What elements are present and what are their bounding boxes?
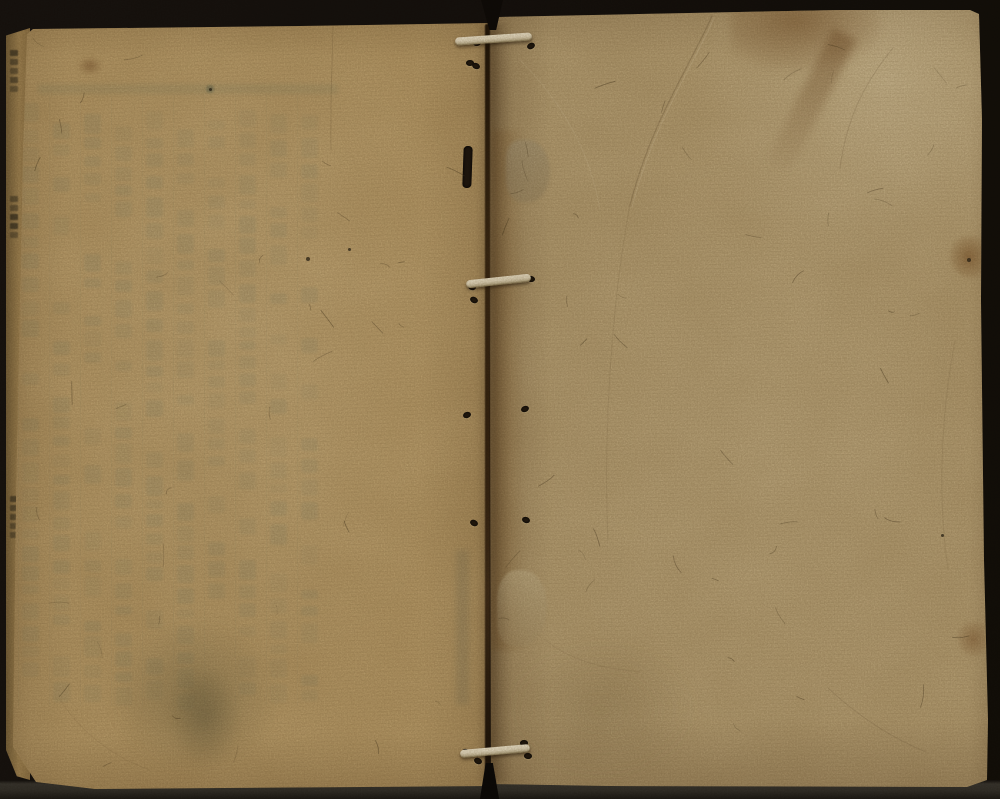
ghost-character-blot xyxy=(301,164,318,179)
ghost-character-blot xyxy=(239,356,256,369)
ghost-character-blot xyxy=(22,546,39,562)
ghost-character-blot xyxy=(270,462,287,479)
ghost-character-blot xyxy=(22,506,39,522)
ghost-character-blot xyxy=(239,237,256,254)
ghost-character-blot xyxy=(301,606,318,616)
ghost-character-blot xyxy=(115,300,132,318)
ghost-column-rule xyxy=(80,96,81,706)
paper-fiber xyxy=(770,546,777,554)
ghost-character-blot xyxy=(22,662,39,677)
stitch-hole xyxy=(520,405,530,414)
vignette xyxy=(0,0,1000,799)
ghost-character-blot xyxy=(239,216,256,234)
ghost-character-blot xyxy=(177,321,194,334)
paper-fiber xyxy=(662,101,666,113)
paper-fiber xyxy=(934,68,947,84)
ghost-character-blot xyxy=(22,277,39,292)
paper-fiber xyxy=(48,602,69,603)
ghost-character-blot xyxy=(177,460,194,481)
ghost-character-blot xyxy=(115,468,132,487)
ghost-character-blot xyxy=(177,303,194,314)
paper-fiber xyxy=(116,405,126,409)
ghost-character-blot xyxy=(84,685,101,702)
ghost-character-blot xyxy=(115,146,132,161)
gutter-shadow xyxy=(476,24,510,782)
ghost-character-blot xyxy=(270,573,287,592)
ghost-character-blot xyxy=(115,494,132,508)
ghost-character-blot xyxy=(208,214,225,229)
ghost-character-blot xyxy=(270,437,287,457)
ghost-character-blot xyxy=(177,173,194,184)
stitch-hole xyxy=(471,62,481,71)
edge-sliver-text-mark xyxy=(10,514,18,520)
ghost-character-blot xyxy=(239,603,256,617)
ghost-character-blot xyxy=(53,144,70,156)
ghost-column-rule xyxy=(142,96,143,706)
stain-spot-top-left xyxy=(77,57,103,75)
paper-fiber xyxy=(103,762,112,766)
ghost-character-blot xyxy=(208,496,225,513)
paper-fiber xyxy=(573,214,579,219)
paper-fiber xyxy=(35,157,41,171)
ghost-character-blot xyxy=(115,559,132,575)
paper-fleck xyxy=(306,257,310,261)
ghost-column-rule xyxy=(235,96,236,706)
ghost-character-blot xyxy=(22,103,39,122)
ghost-character-blot xyxy=(84,465,101,484)
ghost-character-blot xyxy=(146,247,163,264)
paper-fiber xyxy=(36,507,40,521)
paper-fiber xyxy=(712,578,719,580)
paper-fiber xyxy=(721,450,734,464)
ghost-character-blot xyxy=(177,668,194,688)
ghost-character-blot xyxy=(115,167,132,181)
ghost-character-blot xyxy=(208,266,225,285)
ghost-character-blot xyxy=(208,561,225,577)
ghost-character-blot xyxy=(53,216,70,235)
ghost-character-blot xyxy=(239,472,256,490)
ghost-character-blot xyxy=(84,576,101,597)
ghost-character-blot xyxy=(115,280,132,292)
ghost-character-blot xyxy=(22,213,39,229)
ghost-character-blot xyxy=(301,438,318,451)
ghost-character-blot xyxy=(270,501,287,516)
ghost-character-blot xyxy=(22,147,39,162)
paper-fiber xyxy=(33,38,45,47)
ghost-character-blot xyxy=(22,253,39,269)
ghost-character-blot xyxy=(301,690,318,701)
ghost-character-blot xyxy=(301,115,318,130)
ghost-character-blot xyxy=(115,126,132,141)
ghost-character-blot xyxy=(208,290,225,308)
edge-sliver-text-mark xyxy=(10,77,18,83)
ghost-character-blot xyxy=(208,360,225,370)
ghost-character-blot xyxy=(177,153,194,166)
paper-fiber xyxy=(728,658,735,662)
ghost-character-blot xyxy=(53,363,70,376)
ghost-character-blot xyxy=(115,324,132,338)
creases-overlay xyxy=(0,0,1000,799)
stitch-hole xyxy=(466,60,474,66)
binding-thread xyxy=(466,274,531,289)
stitch-hole xyxy=(521,516,530,524)
book-scan-photo xyxy=(0,0,1000,799)
ghost-character-blot xyxy=(22,626,39,642)
paper-fiber xyxy=(828,213,829,227)
ghost-character-blot xyxy=(239,518,256,535)
edge-sliver-text-mark xyxy=(10,68,18,74)
ghost-character-blot xyxy=(239,429,256,444)
ghost-character-blot xyxy=(208,178,225,188)
ghost-character-blot xyxy=(177,652,194,664)
ghost-character-blot xyxy=(115,261,132,275)
right-page xyxy=(489,0,1000,799)
ghost-character-blot xyxy=(22,646,39,657)
stitch-hole xyxy=(473,40,482,47)
ghost-character-blot xyxy=(177,260,194,270)
edge-sliver-text-mark xyxy=(10,505,18,511)
paper-fiber xyxy=(97,642,102,659)
ghost-character-blot xyxy=(84,278,101,288)
ghost-character-blot xyxy=(270,484,287,493)
ghost-character-blot xyxy=(301,183,318,202)
ghost-character-blot xyxy=(53,416,70,429)
ghost-character-blot xyxy=(270,684,287,703)
ghost-character-blot xyxy=(239,560,256,580)
ghost-column-rule xyxy=(173,96,174,706)
ghost-character-blot xyxy=(146,111,163,130)
ghost-character-blot xyxy=(301,459,318,473)
paper-fiber xyxy=(502,218,509,235)
paper-fiber xyxy=(775,607,785,624)
ghost-character-blot xyxy=(115,402,132,421)
edge-sliver-text-mark xyxy=(10,532,18,538)
paper-fiber xyxy=(399,323,404,327)
ghost-character-blot xyxy=(84,352,101,363)
paper-fiber xyxy=(234,746,238,763)
ghost-column-rule xyxy=(297,96,298,706)
ghost-character-blot xyxy=(177,395,194,405)
stitch-hole xyxy=(524,753,533,760)
paper-fiber xyxy=(309,304,310,310)
ghost-character-blot xyxy=(115,443,132,464)
paper-fiber xyxy=(579,550,586,560)
ghost-character-blot xyxy=(208,456,225,466)
ghost-character-blot xyxy=(301,545,318,565)
ghost-character-blot xyxy=(177,433,194,452)
ghost-character-blot xyxy=(177,503,194,521)
ghost-character-blot xyxy=(115,606,132,615)
ghost-character-blot xyxy=(22,439,39,456)
paper-fiber xyxy=(697,52,710,68)
ghost-character-blot xyxy=(301,338,318,353)
ghost-character-blot xyxy=(146,176,163,189)
ghost-character-blot xyxy=(115,583,132,599)
ghost-character-blot xyxy=(22,130,39,143)
ghost-character-blot xyxy=(53,615,70,625)
ghost-character-blot xyxy=(239,132,256,148)
ghost-character-blot xyxy=(22,585,39,594)
fibers-overlay xyxy=(0,0,1000,799)
ghost-character-blot xyxy=(115,633,132,647)
ghost-character-blot xyxy=(146,514,163,527)
ghost-character-blot xyxy=(53,302,70,314)
stitch-hole xyxy=(469,519,479,528)
ghost-character-blot xyxy=(239,175,256,195)
ghost-character-blot xyxy=(208,542,225,556)
paper-fiber xyxy=(375,740,378,754)
paper-fiber xyxy=(952,636,969,638)
stain-streak-top-right xyxy=(765,28,856,173)
ghost-character-blot xyxy=(239,308,256,322)
ghost-character-blot xyxy=(146,138,163,149)
ghost-character-blot xyxy=(53,491,70,510)
gray-streak-near-gutter xyxy=(456,550,469,705)
ghost-character-blot xyxy=(301,226,318,239)
ghost-character-blot xyxy=(270,162,287,178)
edge-sliver-text-mark xyxy=(10,496,18,502)
ghost-character-blot xyxy=(208,418,225,434)
paper-fiber xyxy=(734,724,741,731)
ghost-character-blot xyxy=(115,427,132,439)
ghost-character-blot xyxy=(177,129,194,148)
ghost-character-blot xyxy=(208,393,225,409)
edge-sliver-text-mark xyxy=(10,59,18,65)
ghost-character-blot xyxy=(53,517,70,530)
ghost-character-blot xyxy=(177,339,194,358)
ghost-character-blot xyxy=(115,201,132,217)
ghost-character-blot xyxy=(146,400,163,417)
ghost-character-blot xyxy=(270,659,287,678)
noise-overlay xyxy=(0,0,1000,799)
edge-sliver-text-mark xyxy=(10,223,18,229)
paper-fleck xyxy=(941,534,944,537)
ghost-character-blot xyxy=(177,545,194,560)
ghost-character-blot xyxy=(177,694,194,710)
ghost-character-blot xyxy=(53,436,70,446)
ghost-character-blot xyxy=(177,210,194,227)
page-gutter xyxy=(485,24,490,782)
ghost-character-blot xyxy=(22,320,39,337)
stitch-hole xyxy=(461,748,471,757)
ghost-character-blot xyxy=(146,197,163,218)
stitch-hole xyxy=(462,411,471,419)
ghost-character-blot xyxy=(301,138,318,158)
ghost-character-blot xyxy=(270,598,287,614)
edge-sliver-text-mark xyxy=(10,232,18,238)
ghost-character-blot xyxy=(270,207,287,218)
ghost-character-blot xyxy=(146,680,163,700)
ghost-character-blot xyxy=(239,626,256,636)
binding-thread xyxy=(460,744,530,758)
ghost-character-blot xyxy=(301,384,318,400)
paper-fiber xyxy=(166,488,171,494)
cover-bottom-edge xyxy=(0,780,1000,799)
paper-fiber xyxy=(172,716,180,719)
stitch-hole xyxy=(473,757,483,766)
ghost-character-blot xyxy=(53,595,70,611)
paper-fiber xyxy=(594,81,615,88)
paper-fiber xyxy=(874,199,892,206)
paper-fiber xyxy=(888,311,895,313)
ghost-character-blot xyxy=(270,621,287,639)
paper-fiber xyxy=(586,580,595,592)
paper-fiber xyxy=(780,522,798,524)
ghost-character-blot xyxy=(146,153,163,167)
ghost-character-blot xyxy=(208,583,225,599)
paper-fiber xyxy=(59,684,70,697)
ghost-character-blot xyxy=(84,114,101,134)
ghost-character-blot xyxy=(146,319,163,332)
ghost-character-blot xyxy=(84,636,101,657)
ghost-character-blot xyxy=(301,287,318,303)
ghost-character-blot xyxy=(146,340,163,361)
ghost-text-bleedthrough xyxy=(14,96,344,726)
paper-fiber xyxy=(124,55,142,60)
paper-fiber xyxy=(746,235,762,238)
paper-fiber xyxy=(313,351,332,361)
paper-fiber xyxy=(510,189,523,193)
ghost-character-blot xyxy=(22,373,39,385)
ghost-character-blot xyxy=(146,610,163,629)
ghost-character-blot xyxy=(115,516,132,529)
ghost-column-rule xyxy=(18,96,19,706)
paper-fiber xyxy=(522,160,528,181)
ghost-character-blot xyxy=(301,479,318,496)
ghost-character-blot xyxy=(270,140,287,157)
ghost-character-blot xyxy=(22,301,39,316)
paper-fiber xyxy=(880,368,888,383)
ghost-character-blot xyxy=(270,334,287,345)
ghost-character-blot xyxy=(53,682,70,702)
ghost-character-blot xyxy=(239,391,256,404)
ghost-character-blot xyxy=(53,341,70,355)
stitch-hole xyxy=(526,42,536,51)
ghost-character-blot xyxy=(84,331,101,347)
ghost-character-blot xyxy=(53,123,70,139)
paper-fiber xyxy=(875,509,878,519)
edge-sliver-text-mark xyxy=(10,86,18,92)
ghost-header-band xyxy=(38,84,338,94)
paper-fiber xyxy=(372,322,383,334)
paper-fiber xyxy=(269,407,270,419)
ghost-character-blot xyxy=(53,578,70,589)
damage-patch-upper xyxy=(506,140,550,202)
paper-fiber xyxy=(499,618,509,620)
ghost-character-blot xyxy=(22,462,39,483)
paper-fiber xyxy=(920,684,923,707)
ghost-character-blot xyxy=(146,658,163,675)
ghost-character-blot xyxy=(208,340,225,357)
ghost-character-blot xyxy=(239,327,256,338)
ghost-character-blot xyxy=(270,373,287,390)
ghost-character-blot xyxy=(301,623,318,643)
edge-sliver-text-mark xyxy=(10,205,18,211)
stain-top-right xyxy=(730,0,880,70)
ghost-character-blot xyxy=(177,361,194,378)
ghost-character-blot xyxy=(53,177,70,192)
paper-fiber xyxy=(525,142,528,157)
ghost-character-blot xyxy=(84,316,101,326)
ghost-character-blot xyxy=(115,361,132,371)
paper-fiber xyxy=(784,69,802,81)
stitch-hole xyxy=(527,275,536,282)
ghost-character-blot xyxy=(84,531,101,551)
ghost-character-blot xyxy=(239,341,256,350)
paper-fiber xyxy=(59,119,62,134)
paper-fiber xyxy=(580,339,587,346)
paper-fiber xyxy=(398,262,404,263)
ghost-character-blot xyxy=(146,500,163,509)
edge-sliver-text-mark xyxy=(10,196,18,202)
ghost-character-blot xyxy=(270,245,287,265)
ghost-character-blot xyxy=(84,173,101,185)
edge-chip-right-lower xyxy=(958,622,988,656)
ghost-character-blot xyxy=(177,609,194,618)
ghost-character-blot xyxy=(53,455,70,467)
paper-fiber xyxy=(276,605,277,614)
paper-fiber xyxy=(322,161,331,166)
paper-fiber xyxy=(447,167,465,176)
paper-fiber xyxy=(159,616,160,624)
damage-patch-lower xyxy=(497,570,547,646)
ghost-character-blot xyxy=(177,588,194,604)
ghost-character-blot xyxy=(270,293,287,304)
ghost-character-blot xyxy=(146,382,163,392)
ghost-character-blot xyxy=(22,529,39,539)
paper-fiber xyxy=(956,85,967,89)
paper-fiber xyxy=(792,271,803,283)
ghost-character-blot xyxy=(239,200,256,209)
ghost-column-rule xyxy=(204,96,205,706)
stitch-hole xyxy=(467,283,476,291)
ghost-character-blot xyxy=(270,524,287,545)
ghost-character-blot xyxy=(270,114,287,134)
ghost-character-blot xyxy=(208,136,225,149)
ghost-character-blot xyxy=(84,621,101,632)
paper-fiber xyxy=(566,296,567,307)
ghost-character-blot xyxy=(239,449,256,463)
ghost-character-blot xyxy=(53,535,70,551)
ghost-column-rule xyxy=(49,96,50,706)
ghost-character-blot xyxy=(270,399,287,414)
ghost-character-blot xyxy=(301,207,318,222)
ghost-character-blot xyxy=(146,366,163,377)
paper-fiber xyxy=(506,551,520,568)
stitch-hole xyxy=(469,296,479,305)
paper-fiber xyxy=(828,45,845,51)
paper-fiber xyxy=(796,696,804,700)
binding-layer xyxy=(0,0,1000,799)
ghost-character-blot xyxy=(146,223,163,239)
paper-fiber xyxy=(72,381,73,405)
smudge-bottom-left-core xyxy=(170,670,240,765)
ghost-character-blot xyxy=(84,156,101,167)
paper-fiber xyxy=(321,310,334,327)
paper-fiber xyxy=(673,556,681,573)
ghost-character-blot xyxy=(22,236,39,248)
paper-fiber xyxy=(80,93,84,103)
ghost-character-blot xyxy=(22,488,39,502)
ghost-character-blot xyxy=(239,284,256,303)
ghost-character-blot xyxy=(115,687,132,706)
paper-fiber xyxy=(344,521,349,532)
paper-fiber xyxy=(594,529,600,547)
paper-fiber xyxy=(259,255,262,262)
ghost-ink-dot xyxy=(206,85,214,93)
ghost-character-blot xyxy=(208,376,225,388)
ghost-character-blot xyxy=(239,373,256,387)
